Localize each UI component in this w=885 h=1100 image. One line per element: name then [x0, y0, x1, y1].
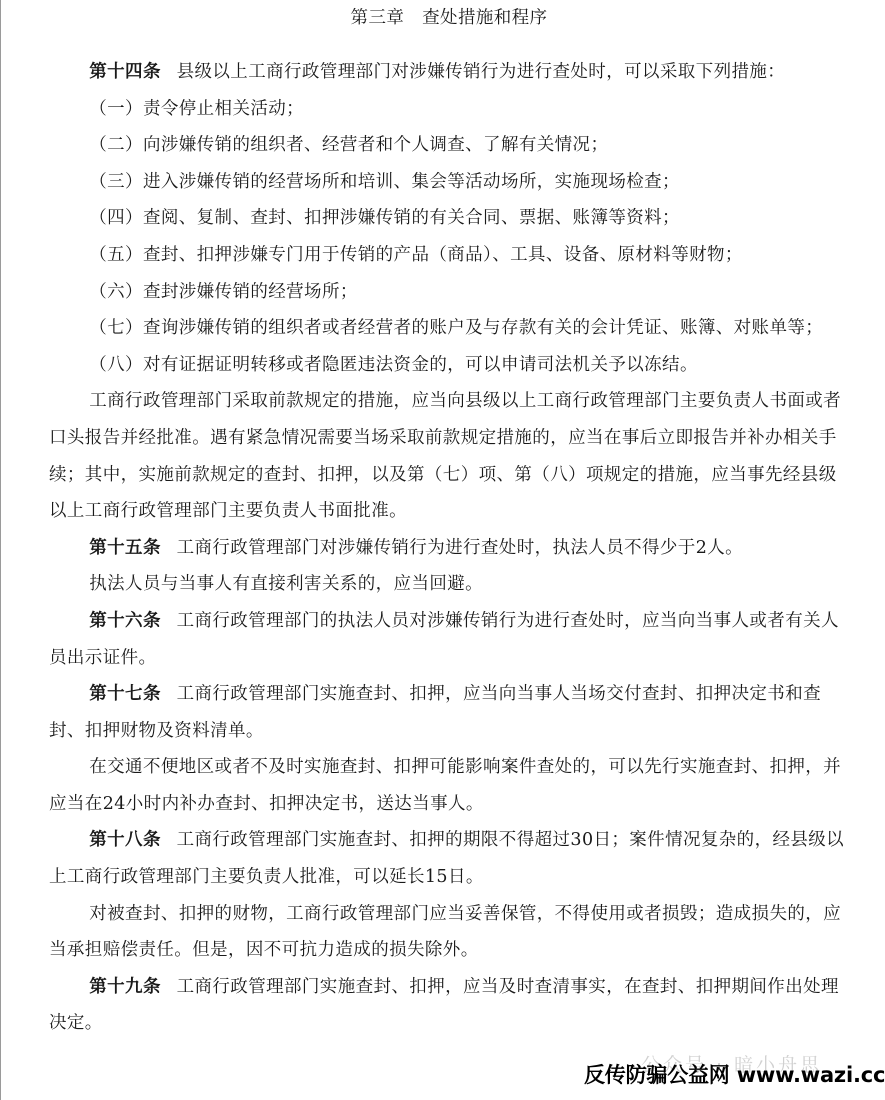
paragraph-remote-areas: 在交通不便地区或者不及时实施查封、扣押可能影响案件查处的，可以先行实施查封、扣押…: [49, 749, 849, 822]
article-number: 第十五条: [89, 538, 161, 558]
document-page: 第三章 查处措施和程序 第十四条县级以上工商行政管理部门对涉嫌传销行为进行查处时…: [0, 0, 885, 1100]
paragraph-text: 工商行政管理部门对涉嫌传销行为进行查处时，执法人员不得少于2人。: [177, 538, 743, 558]
paragraph-item-2: （二）向涉嫌传销的组织者、经营者和个人调查、了解有关情况；: [49, 127, 849, 164]
article-number: 第十八条: [89, 830, 161, 850]
paragraph-item-7: （七）查询涉嫌传销的组织者或者经营者的账户及与存款有关的会计凭证、账簿、对账单等…: [49, 310, 849, 347]
watermark-site: 反传防骗公益网 www.wazi.cc: [584, 1059, 885, 1089]
paragraph-text: 工商行政管理部门的执法人员对涉嫌传销行为进行查处时，应当向当事人或者有关人员出示…: [49, 611, 839, 668]
paragraph-text: 工商行政管理部门实施查封、扣押，应当及时查清事实，在查封、扣押期间作出处理决定。: [49, 977, 839, 1034]
paragraph-article-17: 第十七条工商行政管理部门实施查封、扣押，应当向当事人当场交付查封、扣押决定书和查…: [49, 676, 849, 749]
article-number: 第十六条: [89, 611, 161, 631]
paragraph-text: 县级以上工商行政管理部门对涉嫌传销行为进行查处时，可以采取下列措施：: [177, 62, 786, 82]
paragraph-item-3: （三）进入涉嫌传销的经营场所和培训、集会等活动场所，实施现场检查；: [49, 164, 849, 201]
article-number: 第十七条: [89, 684, 161, 704]
spacer: [49, 36, 849, 54]
paragraph-article-15: 第十五条工商行政管理部门对涉嫌传销行为进行查处时，执法人员不得少于2人。: [49, 530, 849, 567]
paragraph-text: 工商行政管理部门实施查封、扣押的期限不得超过30日；案件情况复杂的，经县级以上工…: [49, 830, 844, 887]
paragraph-article-19: 第十九条工商行政管理部门实施查封、扣押，应当及时查清事实，在查封、扣押期间作出处…: [49, 969, 849, 1042]
chapter-title: 第三章 查处措施和程序: [49, 0, 849, 36]
paragraph-article-16: 第十六条工商行政管理部门的执法人员对涉嫌传销行为进行查处时，应当向当事人或者有关…: [49, 603, 849, 676]
paragraph-article-18: 第十八条工商行政管理部门实施查封、扣押的期限不得超过30日；案件情况复杂的，经县…: [49, 822, 849, 895]
paragraph-custody: 对被查封、扣押的财物，工商行政管理部门应当妥善保管，不得使用或者损毁；造成损失的…: [49, 896, 849, 969]
paragraph-item-4: （四）查阅、复制、查封、扣押涉嫌传销的有关合同、票据、账簿等资料；: [49, 200, 849, 237]
paragraph-article-14: 第十四条县级以上工商行政管理部门对涉嫌传销行为进行查处时，可以采取下列措施：: [49, 54, 849, 91]
paragraph-approval: 工商行政管理部门采取前款规定的措施，应当向县级以上工商行政管理部门主要负责人书面…: [49, 383, 849, 529]
paragraph-text: 工商行政管理部门实施查封、扣押，应当向当事人当场交付查封、扣押决定书和查封、扣押…: [49, 684, 821, 741]
paragraph-item-6: （六）查封涉嫌传销的经营场所；: [49, 274, 849, 311]
document-body: 第三章 查处措施和程序 第十四条县级以上工商行政管理部门对涉嫌传销行为进行查处时…: [49, 0, 849, 1042]
article-number: 第十九条: [89, 977, 161, 997]
paragraph-item-1: （一）责令停止相关活动；: [49, 91, 849, 128]
paragraph-recusal: 执法人员与当事人有直接利害关系的，应当回避。: [49, 566, 849, 603]
article-number: 第十四条: [89, 62, 161, 82]
paragraph-item-8: （八）对有证据证明转移或者隐匿违法资金的，可以申请司法机关予以冻结。: [49, 347, 849, 384]
paragraph-item-5: （五）查封、扣押涉嫌专门用于传销的产品（商品）、工具、设备、原材料等财物；: [49, 237, 849, 274]
